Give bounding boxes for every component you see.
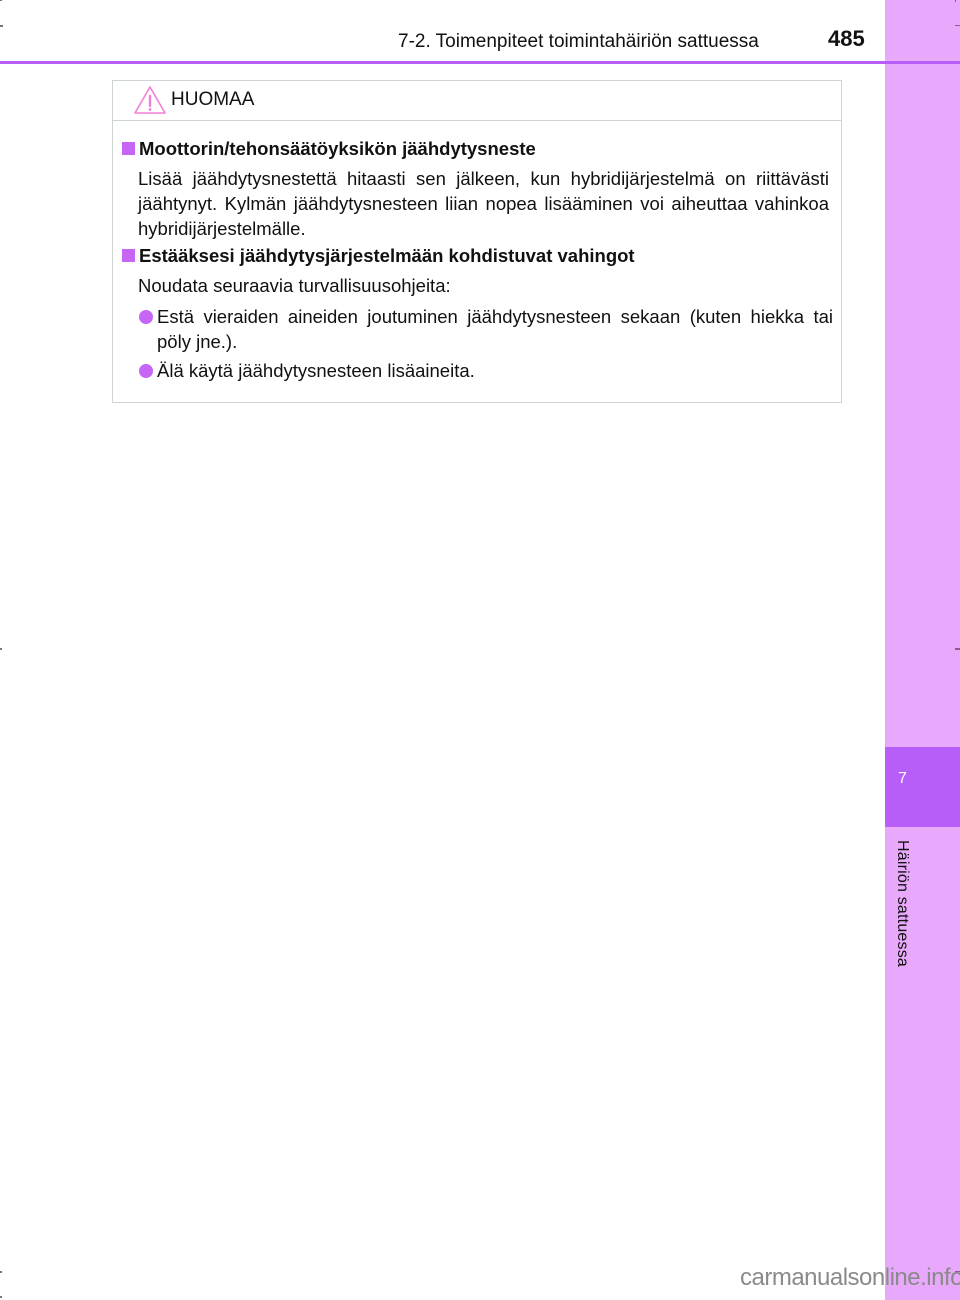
section-title: 7-2. Toimenpiteet toimintahäiriön sattue… — [398, 31, 759, 53]
section-heading: Estääksesi jäähdytysjärjestelmään kohdis… — [122, 245, 635, 267]
list-item: Estä vieraiden aineiden joutuminen jäähd… — [138, 304, 833, 354]
square-bullet-icon — [122, 142, 135, 155]
crop-mark — [955, 0, 956, 2]
circle-bullet-icon — [139, 310, 153, 324]
section-text: Noudata seuraavia turvallisuusohjeita: — [138, 273, 829, 298]
chapter-label: Häiriön sattuessa — [893, 840, 911, 967]
warning-triangle-icon — [133, 85, 167, 115]
crop-mark — [955, 25, 960, 26]
section-heading: Moottorin/tehonsäätöyksikön jäähdytysnes… — [122, 138, 536, 160]
notice-title: HUOMAA — [171, 89, 254, 111]
square-bullet-icon — [122, 249, 135, 262]
header-rule — [0, 61, 960, 64]
watermark: carmanualsonline.info — [740, 1264, 960, 1292]
page-number: 485 — [828, 26, 865, 52]
circle-bullet-icon — [139, 364, 153, 378]
chapter-number-block — [885, 747, 960, 827]
crop-mark — [0, 0, 2, 1]
notice-box: HUOMAA Moottorin/tehonsäätöyksikön jäähd… — [112, 80, 842, 403]
crop-mark — [0, 1296, 2, 1298]
crop-mark — [0, 25, 3, 27]
crop-mark — [0, 1271, 2, 1273]
chapter-number: 7 — [898, 770, 907, 788]
section-text: Lisää jäähdytysnestettä hitaasti sen jäl… — [138, 166, 829, 241]
list-item: Älä käytä jäähdytysnesteen lisäaineita. — [138, 358, 833, 383]
crop-mark — [0, 648, 2, 650]
notice-header: HUOMAA — [113, 81, 841, 121]
crop-mark — [955, 648, 960, 650]
chapter-side-tab — [885, 0, 960, 1300]
